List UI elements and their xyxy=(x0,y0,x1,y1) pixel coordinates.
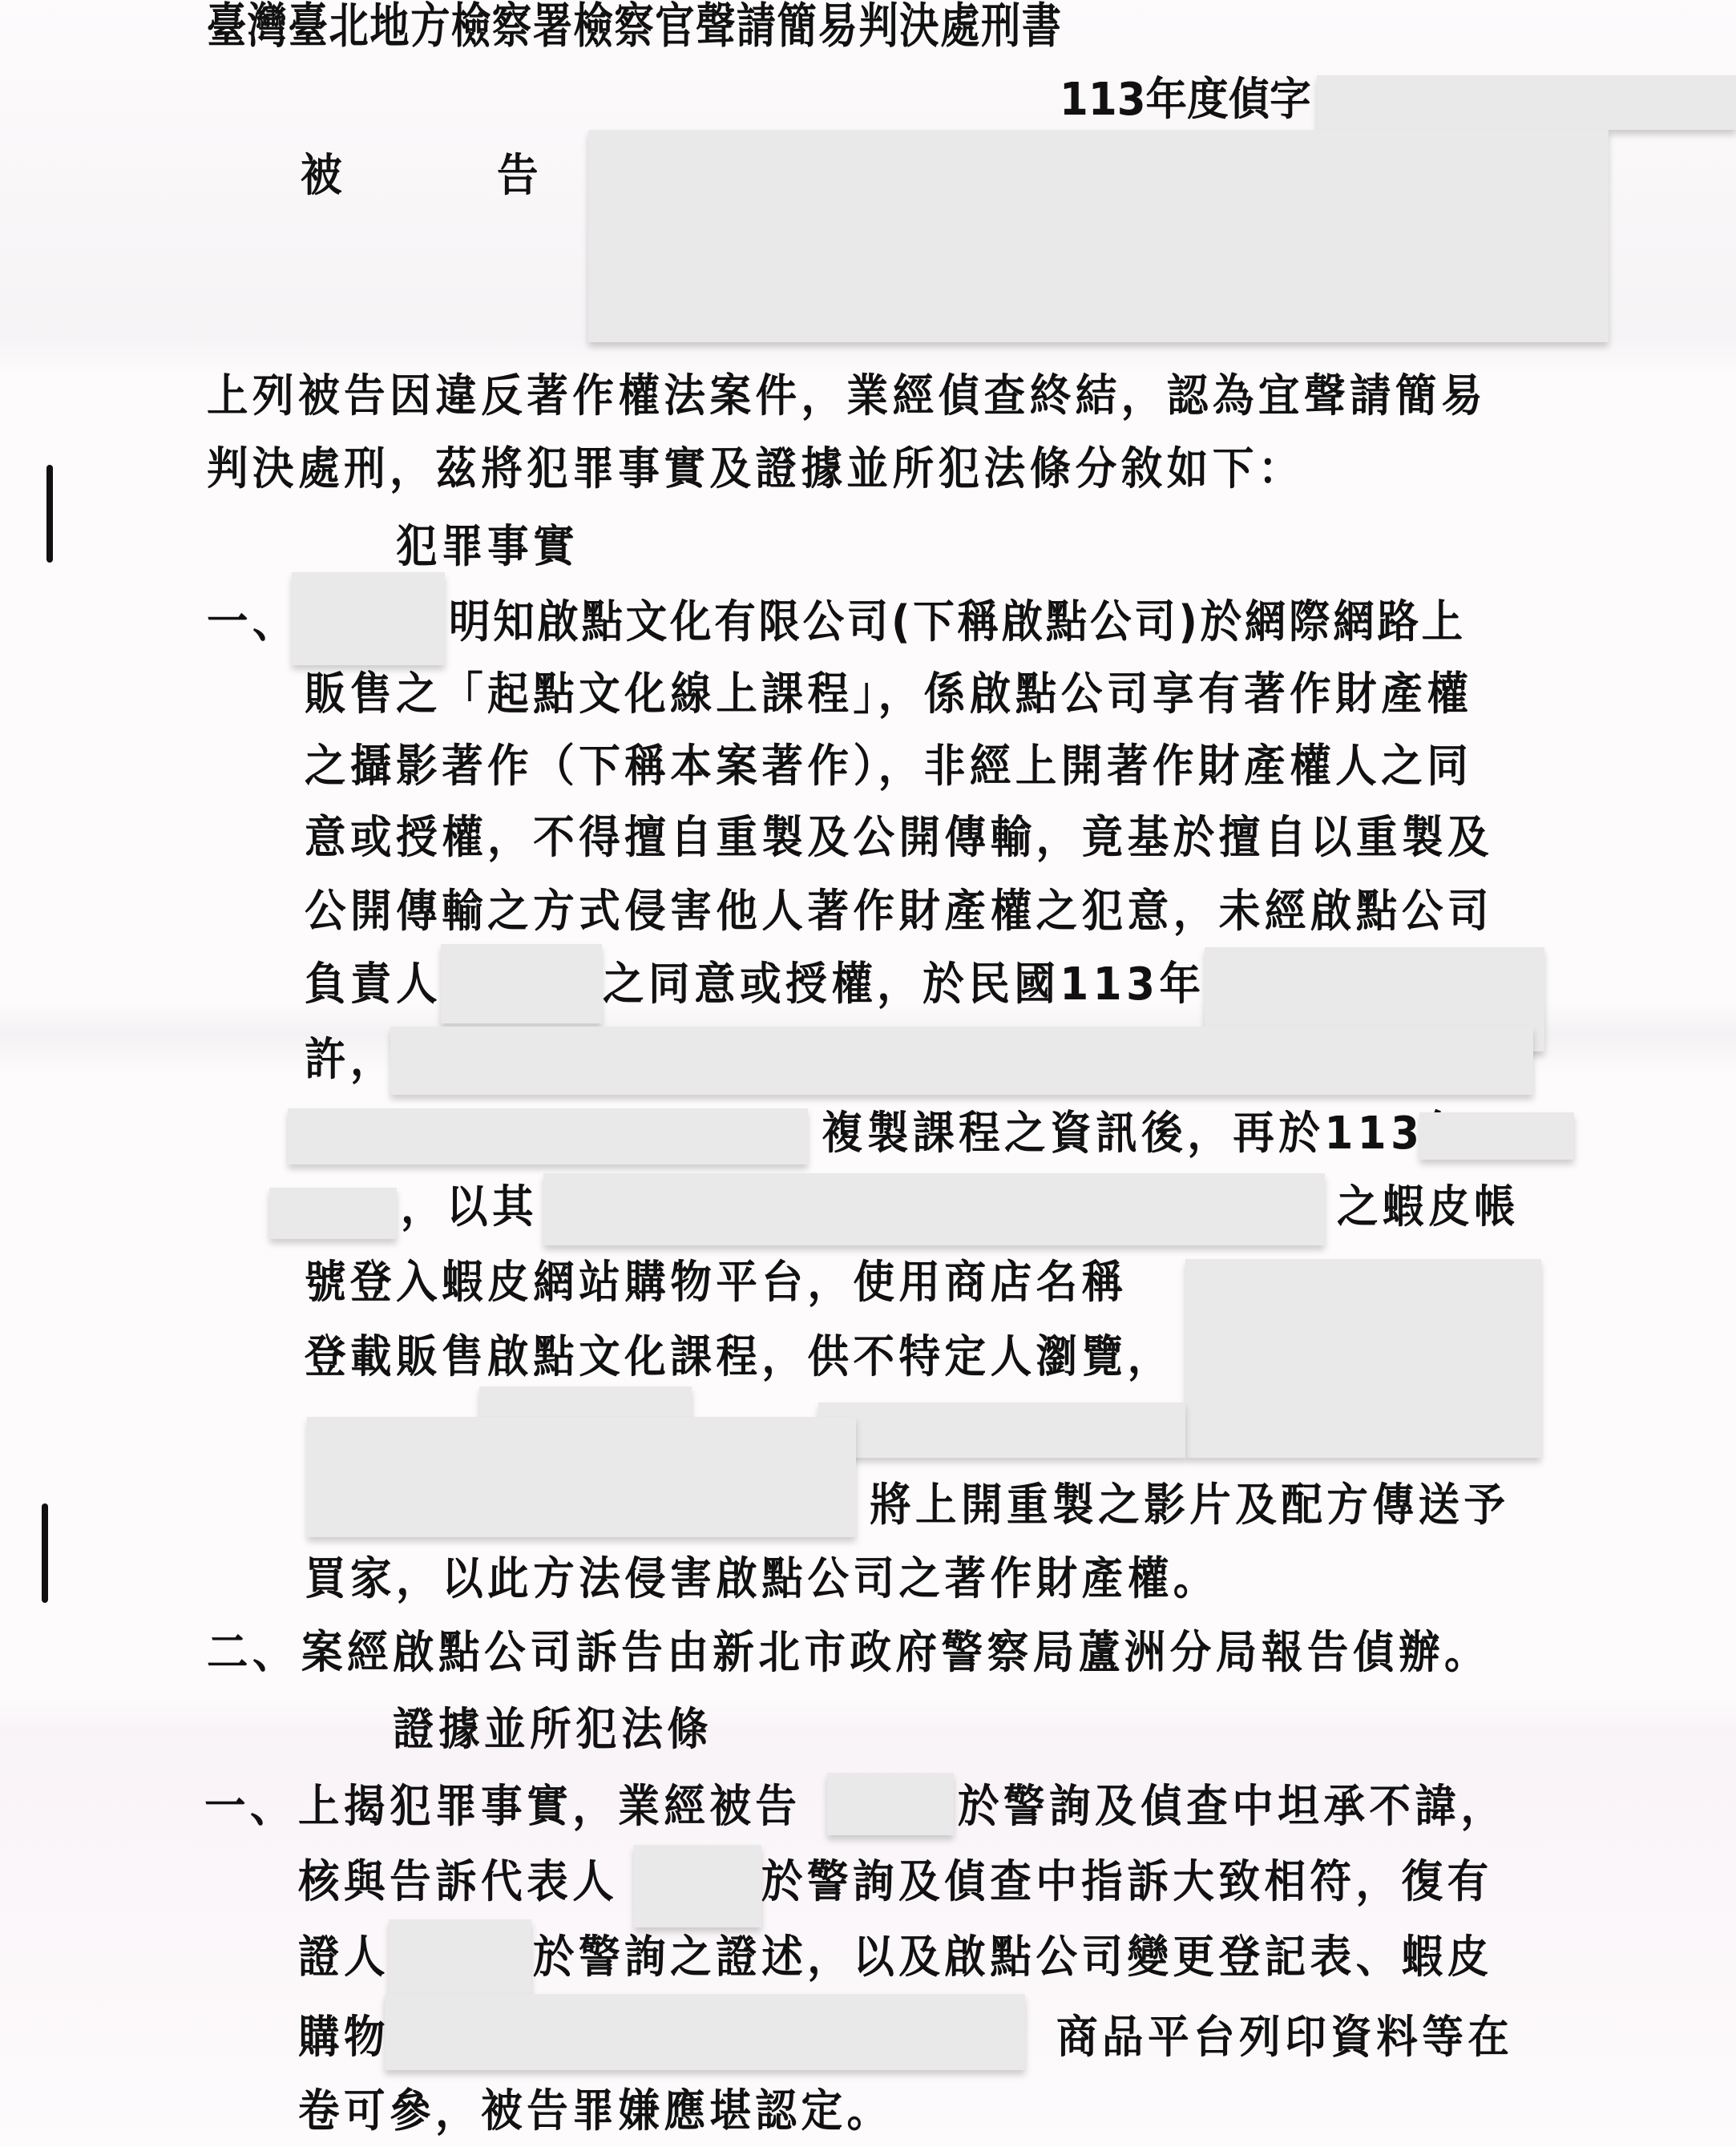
redaction-box-store-name xyxy=(1185,1259,1541,1458)
evidence-item1-line: 於警詢及偵查中坦承不諱， xyxy=(958,1779,1506,1835)
redaction-box-representative-name xyxy=(634,1845,761,1927)
case-number-prefix: 113年度偵字 xyxy=(1060,72,1311,128)
facts-item1-line: 之攝影著作（下稱本案著作），非經上開著作財產權人之同 xyxy=(305,739,1472,795)
evidence-item1-line: 於警詢及偵查中指訴大致相符，復有 xyxy=(761,1854,1493,1911)
intro-line-1: 上列被告因違反著作權法案件，業經偵查終結，認為宜聲請簡易 xyxy=(207,369,1487,425)
redaction-box-responsible-person xyxy=(441,944,602,1023)
redaction-box-method-1 xyxy=(390,1027,1533,1095)
facts-item1-line: 複製課程之資訊後，再於113年 xyxy=(822,1106,1470,1162)
facts-item1-line: 買家，以此方法侵害啟點公司之著作財產權。 xyxy=(305,1552,1219,1608)
section-heading-facts: 犯罪事實 xyxy=(396,519,579,575)
redaction-box-shop-info xyxy=(385,1994,1025,2070)
evidence-item1-line: 卷可參，被告罪嫌應堪認定。 xyxy=(298,2084,893,2140)
evidence-item1-line: 核與告訴代表人 xyxy=(298,1854,618,1911)
facts-item1-line: 明知啟點文化有限公司(下稱啟點公司)於網際網路上 xyxy=(449,595,1466,651)
facts-item2-text: 案經啟點公司訴告由新北市政府警察局蘆洲分局報告偵辦。 xyxy=(301,1625,1490,1681)
redaction-box-transaction-2 xyxy=(818,1402,1185,1458)
facts-item1-line: 登載販售啟點文化課程，供不特定人瀏覽， xyxy=(305,1330,1173,1386)
redaction-box-defendant-name-2 xyxy=(827,1773,954,1835)
redaction-box-case-number xyxy=(1317,75,1736,130)
facts-item1-line: 公開傳輸之方式侵害他人著作財產權之犯意，未經啟點公司 xyxy=(305,884,1493,940)
section-heading-evidence: 證據並所犯法條 xyxy=(393,1702,713,1758)
binder-hole-mark-bottom xyxy=(42,1503,48,1603)
redaction-box-account xyxy=(543,1173,1325,1245)
facts-item1-line: 意或授權，不得擅自重製及公開傳輸，竟基於擅自以重製及 xyxy=(305,810,1493,866)
facts-item2-marker: 二、 xyxy=(207,1625,298,1681)
facts-item1-line: 販售之「起點文化線上課程」，係啟點公司享有著作財產權 xyxy=(305,667,1472,723)
binder-hole-mark-top xyxy=(46,465,53,563)
defendant-label-1: 被 xyxy=(301,148,346,204)
facts-item1-line: 負責人 xyxy=(305,957,442,1013)
document-title: 臺灣臺北地方檢察署檢察官聲請簡易判決處刑書 xyxy=(207,0,1063,54)
facts-item1-line: ，以其 xyxy=(401,1180,538,1236)
defendant-label-2: 告 xyxy=(497,148,543,204)
intro-line-2: 判決處刑，茲將犯罪事實及證據並所犯法條分敘如下： xyxy=(207,442,1304,498)
evidence-item1-line: 於警詢之證述，以及啟點公司變更登記表、蝦皮 xyxy=(533,1930,1493,1986)
facts-item1-line: 號登入蝦皮網站購物平台，使用商店名稱 xyxy=(305,1255,1128,1311)
evidence-item1-marker: 一、 xyxy=(204,1779,296,1835)
redaction-box-defendant-name xyxy=(292,572,445,665)
redaction-box-time xyxy=(269,1188,397,1239)
redaction-box-transaction-1 xyxy=(479,1386,692,1419)
facts-item1-marker: 一、 xyxy=(207,595,298,651)
redaction-box-method-2 xyxy=(288,1108,808,1164)
redaction-box-date-2 xyxy=(1419,1112,1574,1160)
facts-item1-line: 許， xyxy=(305,1032,396,1088)
facts-item1-line: 之同意或授權，於民國113年 xyxy=(603,957,1205,1013)
evidence-item1-line: 上揭犯罪事實，業經被告 xyxy=(298,1779,801,1835)
facts-item1-line: 之蝦皮帳 xyxy=(1337,1180,1520,1236)
evidence-item1-line: 商品平台列印資料等在 xyxy=(1056,2010,1513,2066)
facts-item1-line: 將上開重製之影片及配方傳送予 xyxy=(870,1478,1510,1534)
redaction-box-defendant-info xyxy=(588,130,1609,342)
redaction-box-transaction-3 xyxy=(307,1417,856,1537)
evidence-item1-line: 購物 xyxy=(298,2010,390,2066)
evidence-item1-line: 證人 xyxy=(298,1930,390,1986)
